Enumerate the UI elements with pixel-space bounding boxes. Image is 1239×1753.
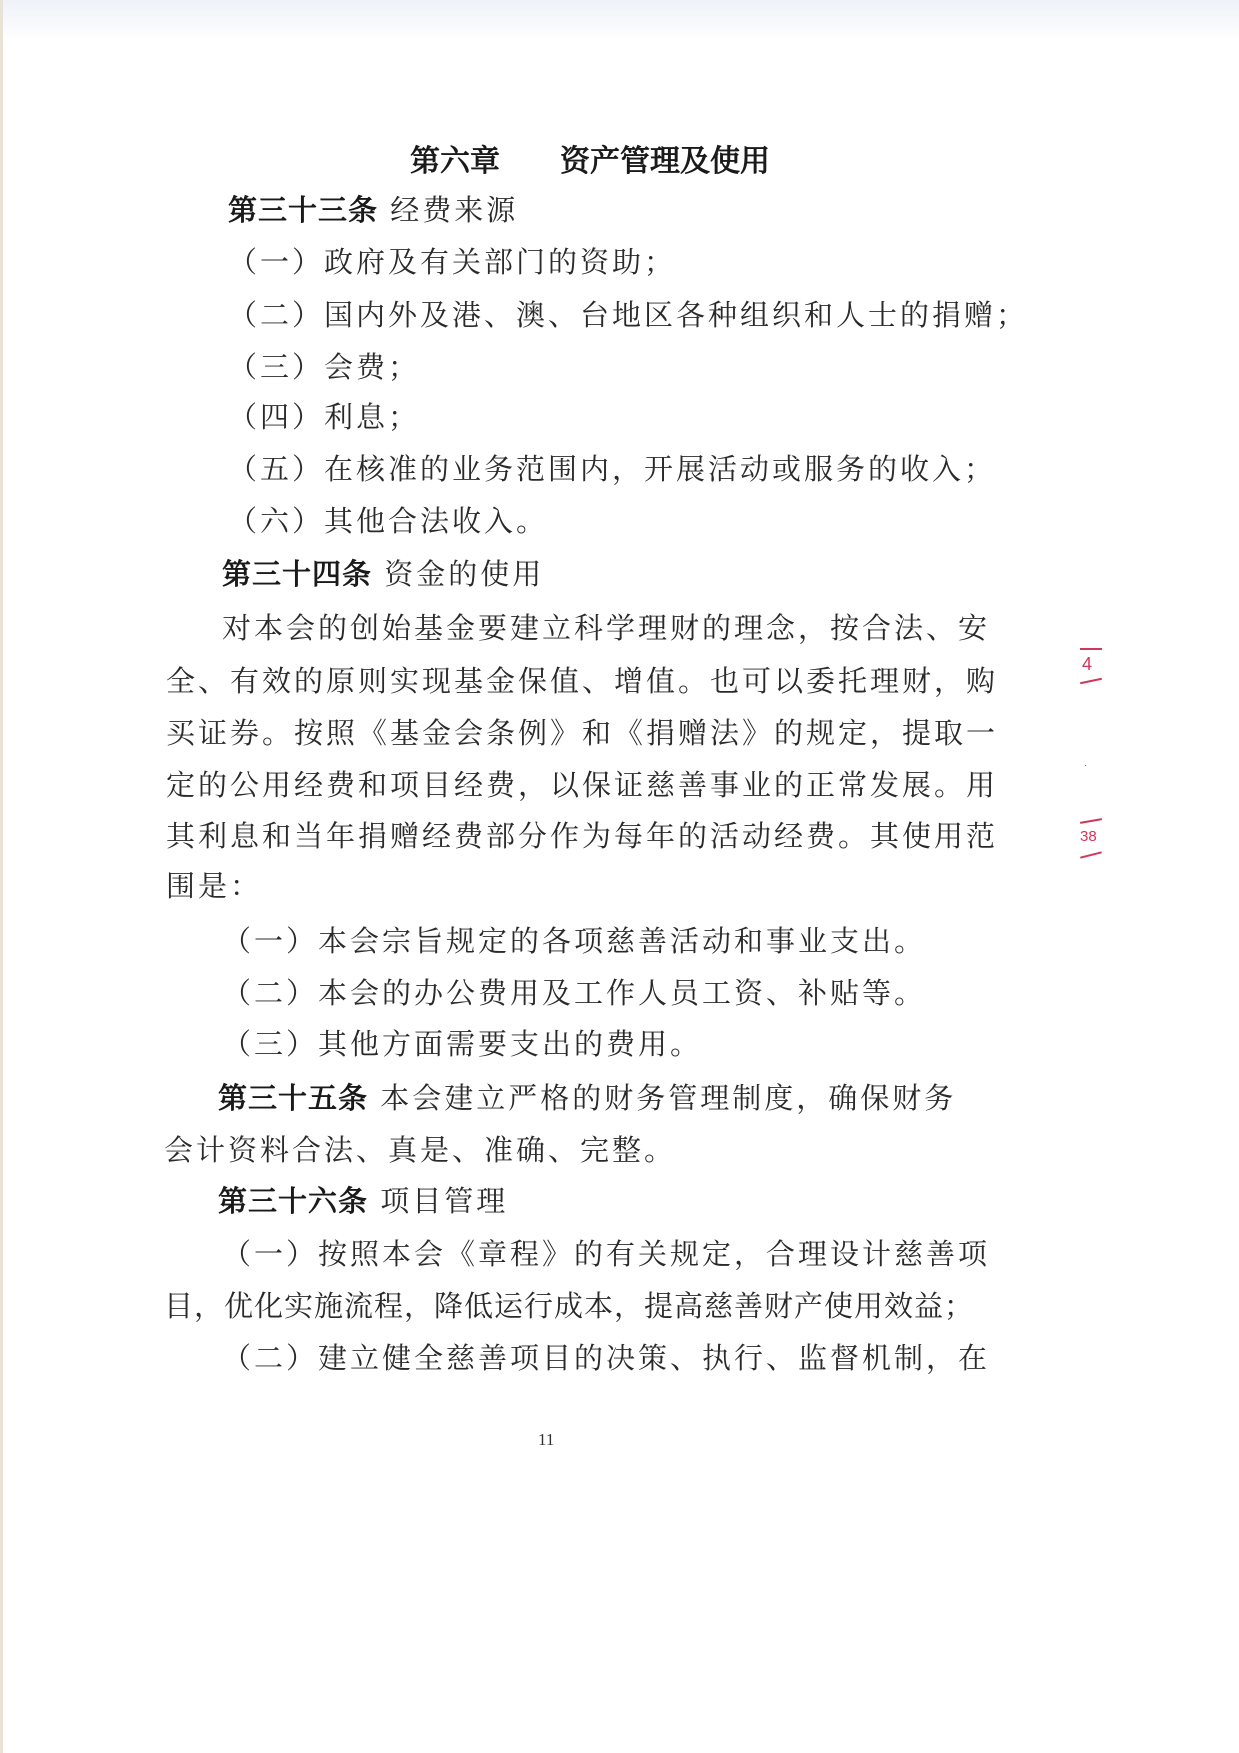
seal-stamp-fragment: 4 · 38 bbox=[1078, 640, 1104, 880]
article-35-text: 本会建立严格的财务管理制度，确保财务 bbox=[380, 1081, 956, 1115]
article-36-heading-line: 第三十六条 项目管理 bbox=[218, 1183, 508, 1219]
article-33-item: （六）其他合法收入。 bbox=[228, 503, 548, 539]
article-36-line: （二）建立健全慈善项目的决策、执行、监督机制，在 bbox=[222, 1340, 990, 1376]
article-35-line: 会计资料合法、真是、准确、完整。 bbox=[164, 1132, 676, 1168]
article-34-item: （一）本会宗旨规定的各项慈善活动和事业支出。 bbox=[222, 923, 926, 959]
chapter-number: 第六章 bbox=[410, 144, 500, 179]
article-34-item: （三）其他方面需要支出的费用。 bbox=[222, 1026, 702, 1062]
article-33-item: （四）利息； bbox=[228, 399, 420, 435]
article-36-line: 目，优化实施流程，降低运行成本，提高慈善财产使用效益； bbox=[164, 1288, 974, 1324]
article-33-title: 经费来源 bbox=[390, 193, 518, 227]
article-34-paragraph-line: 对本会的创始基金要建立科学理财的理念，按合法、安 bbox=[222, 610, 990, 646]
article-33-item: （三）会费； bbox=[228, 349, 420, 385]
scan-edge-left bbox=[0, 0, 3, 1753]
page-number: 11 bbox=[538, 1430, 554, 1450]
article-36-number: 第三十六条 bbox=[218, 1184, 368, 1218]
article-34-number: 第三十四条 bbox=[222, 557, 372, 591]
seal-mark-bottom: 38 bbox=[1080, 828, 1097, 845]
seal-stroke bbox=[1080, 678, 1102, 685]
article-34-paragraph-line: 定的公用经费和项目经费，以保证慈善事业的正常发展。用 bbox=[166, 767, 998, 803]
seal-stroke bbox=[1080, 818, 1102, 824]
article-34-paragraph-line: 全、有效的原则实现基金保值、增值。也可以委托理财，购 bbox=[166, 663, 998, 699]
article-33-item: （一）政府及有关部门的资助； bbox=[228, 244, 676, 280]
article-34-item: （二）本会的办公费用及工作人员工资、补贴等。 bbox=[222, 975, 926, 1011]
seal-stroke bbox=[1080, 648, 1102, 650]
chapter-title: 第六章资产管理及使用 bbox=[410, 136, 770, 180]
chapter-name: 资产管理及使用 bbox=[560, 144, 770, 179]
seal-dot: · bbox=[1084, 760, 1087, 771]
article-33-number: 第三十三条 bbox=[228, 193, 378, 227]
article-36-line: （一）按照本会《章程》的有关规定，合理设计慈善项 bbox=[222, 1236, 990, 1272]
article-34-paragraph-line: 围是： bbox=[166, 868, 262, 904]
article-33-heading-line: 第三十三条 经费来源 bbox=[228, 192, 518, 228]
article-34-paragraph-line: 买证券。按照《基金会条例》和《捐赠法》的规定，提取一 bbox=[166, 715, 998, 751]
article-35-line: 第三十五条 本会建立严格的财务管理制度，确保财务 bbox=[218, 1080, 956, 1116]
article-36-title: 项目管理 bbox=[380, 1184, 508, 1218]
article-33-item: （二）国内外及港、澳、台地区各种组织和人士的捐赠； bbox=[228, 297, 1028, 333]
scan-edge-top bbox=[0, 0, 1239, 40]
seal-mark-top: 4 bbox=[1082, 654, 1092, 675]
article-33-item: （五）在核准的业务范围内，开展活动或服务的收入； bbox=[228, 451, 996, 487]
article-35-number: 第三十五条 bbox=[218, 1081, 368, 1115]
seal-stroke bbox=[1080, 851, 1102, 858]
article-34-paragraph-line: 其利息和当年捐赠经费部分作为每年的活动经费。其使用范 bbox=[166, 818, 998, 854]
article-34-heading-line: 第三十四条 资金的使用 bbox=[222, 556, 544, 592]
article-34-title: 资金的使用 bbox=[384, 557, 544, 591]
